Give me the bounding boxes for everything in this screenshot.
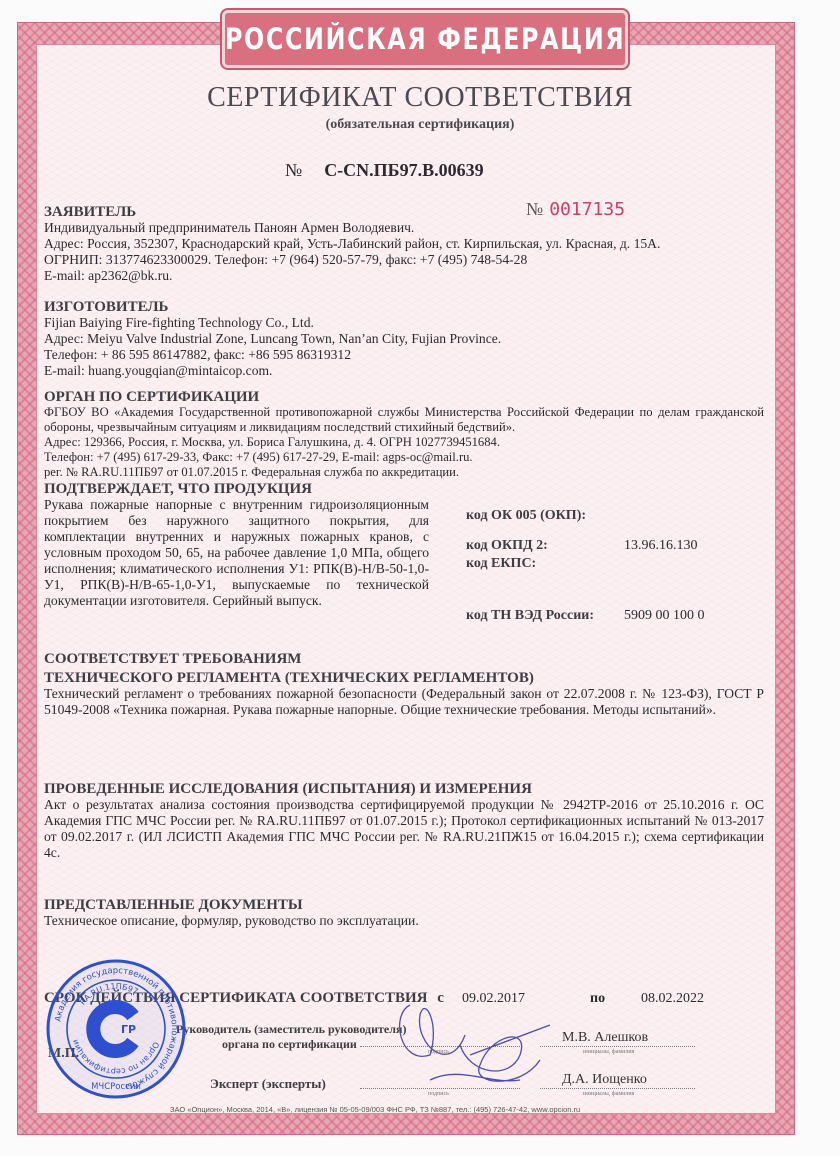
- code-tn-ved: код ТН ВЭД России:5909 00 100 0: [466, 608, 786, 624]
- expert-label: Эксперт (эксперты): [210, 1076, 326, 1092]
- tests-section: ПРОВЕДЕННЫЕ ИССЛЕДОВАНИЯ (ИСПЫТАНИЯ) И И…: [44, 782, 764, 861]
- country-banner: РОССИЙСКАЯ ФЕДЕРАЦИЯ: [222, 10, 628, 68]
- product-description: Рукава пожарные напорные с внутренним ги…: [44, 497, 429, 609]
- name-caption: инициалы, фамилия: [583, 1049, 634, 1055]
- product-section: ПОДТВЕРЖДАЕТ, ЧТО ПРОДУКЦИЯ Рукава пожар…: [44, 482, 429, 609]
- certification-body-line: Адрес: 129366, Россия, г. Москва, ул. Бо…: [44, 435, 764, 450]
- head-label-2: органа по сертификации: [222, 1037, 357, 1052]
- manufacturer-line: E-mail: huang.yougqian@mintaicop.com.: [44, 363, 764, 379]
- document-title: СЕРТИФИКАТ СООТВЕТСТВИЯ: [0, 82, 840, 114]
- certification-body-line: рег. № RA.RU.11ПБ97 от 01.07.2015 г. Фед…: [44, 465, 764, 480]
- applicant-line: Индивидуальный предприниматель Паноян Ар…: [44, 220, 764, 236]
- svg-text:МЧСРоссии: МЧСРоссии: [91, 1082, 141, 1092]
- manufacturer-heading: ИЗГОТОВИТЕЛЬ: [44, 300, 764, 315]
- tests-text: Акт о результатах анализа состояния прои…: [44, 797, 764, 861]
- document-subtitle: (обязательная сертификация): [0, 117, 840, 133]
- certificate-number-value: С-CN.ПБ97.В.00639: [324, 160, 483, 180]
- number-symbol: №: [285, 160, 302, 180]
- requirements-section: СООТВЕТСТВУЕТ ТРЕБОВАНИЯМ ТЕХНИЧЕСКОГО Р…: [44, 652, 764, 718]
- manufacturer-line: Адрес: Meiyu Valve Industrial Zone, Lunc…: [44, 331, 764, 347]
- seal-stamp-icon: Академия государственной противопожарной…: [45, 958, 187, 1100]
- applicant-heading: ЗАЯВИТЕЛЬ: [44, 205, 764, 220]
- certification-body-text: ФГБОУ ВО «Академия Государственной проти…: [44, 405, 764, 435]
- validity-to-label: по: [590, 991, 605, 1007]
- certification-body-section: ОРГАН ПО СЕРТИФИКАЦИИ ФГБОУ ВО «Академия…: [44, 390, 764, 480]
- applicant-line: Адрес: Россия, 352307, Краснодарский кра…: [44, 236, 764, 252]
- certification-body-heading: ОРГАН ПО СЕРТИФИКАЦИИ: [44, 390, 764, 405]
- product-heading: ПОДТВЕРЖДАЕТ, ЧТО ПРОДУКЦИЯ: [44, 482, 429, 497]
- certificate-number: №С-CN.ПБ97.В.00639: [285, 160, 484, 181]
- applicant-line: E-mail: ap2362@bk.ru.: [44, 268, 764, 284]
- manufacturer-section: ИЗГОТОВИТЕЛЬ Fijian Baiying Fire-fightin…: [44, 300, 764, 379]
- documents-text: Техническое описание, формуляр, руководс…: [44, 913, 764, 929]
- certification-body-line: Телефон: +7 (495) 617-29-33, Факс: +7 (4…: [44, 450, 764, 465]
- applicant-line: ОГРНИП: 313774623300029. Телефон: +7 (96…: [44, 252, 764, 268]
- printer-footer: ЗАО «Опцион», Москва, 2014, «В», лицензи…: [170, 1105, 580, 1114]
- code-ekps: код ЕКПС:: [466, 556, 786, 572]
- validity-to-date: 08.02.2022: [641, 991, 704, 1007]
- head-name: М.В. Алешков: [562, 1030, 648, 1046]
- requirements-heading-1: СООТВЕТСТВУЕТ ТРЕБОВАНИЯМ: [44, 652, 764, 667]
- banner-text: РОССИЙСКАЯ ФЕДЕРАЦИЯ: [225, 22, 625, 56]
- code-okp: код ОК 005 (ОКП):: [466, 508, 786, 524]
- signature-scribble-icon: [370, 985, 570, 1095]
- documents-heading: ПРЕДСТАВЛЕННЫЕ ДОКУМЕНТЫ: [44, 898, 764, 913]
- tests-heading: ПРОВЕДЕННЫЕ ИССЛЕДОВАНИЯ (ИСПЫТАНИЯ) И И…: [44, 782, 764, 797]
- requirements-heading-2: ТЕХНИЧЕСКОГО РЕГЛАМЕНТА (ТЕХНИЧЕСКИХ РЕГ…: [44, 671, 764, 686]
- documents-section: ПРЕДСТАВЛЕННЫЕ ДОКУМЕНТЫ Техническое опи…: [44, 898, 764, 929]
- expert-name: Д.А. Иощенко: [562, 1072, 647, 1088]
- requirements-text: Технический регламент о требованиях пожа…: [44, 686, 764, 718]
- name-caption: инициалы, фамилия: [583, 1091, 634, 1097]
- code-okpd2: код ОКПД 2:13.96.16.130: [466, 538, 786, 554]
- svg-text:ГР: ГР: [121, 1023, 136, 1036]
- manufacturer-line: Fijian Baiying Fire-fighting Technology …: [44, 315, 764, 331]
- manufacturer-line: Телефон: + 86 595 86147882, факс: +86 59…: [44, 347, 764, 363]
- applicant-section: ЗАЯВИТЕЛЬ Индивидуальный предприниматель…: [44, 205, 764, 284]
